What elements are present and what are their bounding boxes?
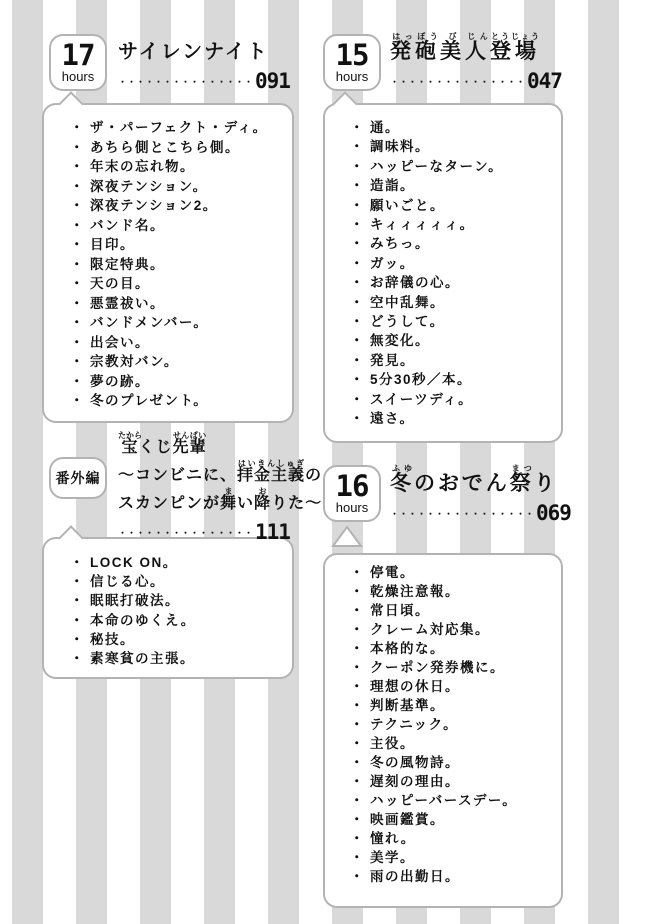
- bullet-dot: ・: [350, 178, 365, 193]
- toc-item: ・バンドメンバー。: [70, 313, 282, 333]
- toc-item-text: 冬のプレゼント。: [90, 393, 208, 408]
- bullet-dot: ・: [350, 565, 365, 580]
- toc-item-text: 発見。: [370, 353, 415, 368]
- toc-item-text: 眠眠打破法。: [90, 593, 180, 608]
- toc-item: ・ハッピーバースデー。: [350, 791, 553, 810]
- bullet-dot: ・: [350, 392, 365, 407]
- section-title-line3: スカンピンが舞まい降おりた～: [118, 487, 300, 515]
- toc-item-text: 主役。: [370, 736, 415, 751]
- toc-item: ・ザ・パーフェクト・ディ。: [70, 118, 282, 138]
- toc-item-text: 限定特典。: [90, 257, 165, 272]
- toc-item: ・主役。: [350, 734, 553, 753]
- toc-item: ・夢の跡。: [70, 372, 282, 392]
- toc-item-text: LOCK ON。: [90, 555, 178, 570]
- toc-item: ・みちっ。: [350, 234, 553, 253]
- bullet-dot: ・: [70, 651, 85, 666]
- bullet-dot: ・: [70, 237, 85, 252]
- toc-item: ・空中乱舞。: [350, 293, 553, 312]
- toc-item-text: 深夜テンション。: [90, 179, 208, 194]
- page-number: 047: [527, 69, 562, 93]
- badge-number: 16: [325, 471, 379, 501]
- bullet-dot: ・: [350, 236, 365, 251]
- toc-item: ・映画鑑賞。: [350, 810, 553, 829]
- toc-item-text: 素寒貧の主張。: [90, 651, 195, 666]
- toc-item-text: ガッ。: [370, 256, 415, 271]
- toc-item-text: 信じる心。: [90, 574, 165, 589]
- toc-item-text: 調味料。: [370, 139, 430, 154]
- chapter-panel-15: ・通。・調味料。・ハッピーなターン。・造詣。・願いごと。・キィィィィィ。・みちっ…: [323, 103, 563, 443]
- toc-item-text: ハッピーバースデー。: [370, 793, 517, 808]
- toc-item-text: どうして。: [370, 314, 445, 329]
- bullet-dot: ・: [70, 555, 85, 570]
- section-title-line2: ～コンビニに、拝金主義はいきんしゅぎの: [118, 459, 300, 487]
- bullet-dot: ・: [350, 411, 365, 426]
- bullet-dot: ・: [350, 793, 365, 808]
- section-header-15: 発砲はっぽう美び人じん登場とうじょう ・・・・・・・・・・・・・・・ 047: [390, 32, 563, 93]
- toc-item-text: 遅刻の理由。: [370, 774, 460, 789]
- toc-item-text: 無変化。: [370, 333, 430, 348]
- bullet-dot: ・: [350, 217, 365, 232]
- badge-unit: hours: [325, 70, 379, 83]
- toc-item-text: キィィィィィ。: [370, 217, 475, 232]
- bullet-dot: ・: [70, 198, 85, 213]
- toc-item-text: 乾燥注意報。: [370, 584, 460, 599]
- section-header-17: サイレンナイト ・・・・・・・・・・・・・・・ 091: [118, 40, 300, 93]
- toc-item: ・発見。: [350, 351, 553, 370]
- toc-item: ・出会い。: [70, 333, 282, 353]
- toc-item: ・判断基準。: [350, 696, 553, 715]
- section-title-line1: 宝たからくじ先輩せんぱい: [118, 431, 300, 459]
- toc-item: ・憧れ。: [350, 829, 553, 848]
- bullet-dot: ・: [70, 296, 85, 311]
- toc-item: ・雨の出勤日。: [350, 867, 553, 886]
- toc-item: ・クレーム対応集。: [350, 620, 553, 639]
- toc-item-text: クレーム対応集。: [370, 622, 490, 637]
- bullet-dot: ・: [350, 812, 365, 827]
- triangle-pointer-icon: [330, 524, 364, 548]
- section-header-bangai: 宝たからくじ先輩せんぱい ～コンビニに、拝金主義はいきんしゅぎの スカンピンが舞…: [118, 431, 300, 544]
- dots-leader-row: ・・・・・・・・・・・・・・・・ 069: [390, 501, 563, 525]
- bullet-dot: ・: [70, 374, 85, 389]
- bullet-dot: ・: [350, 736, 365, 751]
- bullet-dot: ・: [350, 314, 365, 329]
- bullet-dot: ・: [350, 139, 365, 154]
- toc-list-16: ・停電。・乾燥注意報。・常日頃。・クレーム対応集。・本格的な。・クーポン発券機に…: [350, 563, 553, 886]
- bullet-dot: ・: [70, 179, 85, 194]
- toc-item: ・通。: [350, 118, 553, 137]
- bullet-dot: ・: [70, 315, 85, 330]
- toc-page: 17 hours サイレンナイト ・・・・・・・・・・・・・・・ 091 ・ザ・…: [0, 0, 650, 924]
- badge-unit: hours: [325, 501, 379, 514]
- toc-item: ・停電。: [350, 563, 553, 582]
- toc-item: ・眠眠打破法。: [70, 591, 282, 610]
- section-title: サイレンナイト: [118, 40, 300, 64]
- toc-item: ・バンド名。: [70, 216, 282, 236]
- chapter-badge-bangai: 番外編: [49, 457, 107, 499]
- toc-item: ・秘技。: [70, 630, 282, 649]
- bullet-dot: ・: [350, 159, 365, 174]
- dots-leader-row: ・・・・・・・・・・・・・・・ 047: [390, 69, 563, 93]
- bullet-dot: ・: [350, 660, 365, 675]
- page-number: 069: [536, 501, 571, 525]
- toc-item-text: 本命のゆくえ。: [90, 613, 196, 628]
- dots-leader: ・・・・・・・・・・・・・・・・: [390, 507, 534, 520]
- toc-item-text: 出会い。: [90, 335, 150, 350]
- bullet-dot: ・: [70, 613, 85, 628]
- toc-item-text: 遠さ。: [370, 411, 414, 426]
- dots-leader: ・・・・・・・・・・・・・・・: [390, 75, 525, 88]
- bullet-dot: ・: [350, 295, 365, 310]
- toc-item: ・キィィィィィ。: [350, 215, 553, 234]
- toc-list-15: ・通。・調味料。・ハッピーなターン。・造詣。・願いごと。・キィィィィィ。・みちっ…: [350, 118, 553, 429]
- toc-item-text: テクニック。: [370, 717, 458, 732]
- bullet-dot: ・: [350, 831, 365, 846]
- toc-list-17: ・ザ・パーフェクト・ディ。・あちら側とこちら側。・年末の忘れ物。・深夜テンション…: [70, 118, 282, 411]
- bullet-dot: ・: [70, 574, 85, 589]
- toc-item-text: 憧れ。: [370, 831, 416, 846]
- section-title: 発砲はっぽう美び人じん登場とうじょう: [390, 32, 563, 64]
- toc-item: ・目印。: [70, 235, 282, 255]
- toc-item-text: 映画鑑賞。: [370, 812, 445, 827]
- bullet-dot: ・: [350, 850, 365, 865]
- dots-leader: ・・・・・・・・・・・・・・・: [118, 526, 253, 539]
- toc-item-text: お辞儀の心。: [370, 275, 460, 290]
- bullet-dot: ・: [70, 632, 85, 647]
- toc-item-text: バンド名。: [90, 218, 165, 233]
- toc-item: ・テクニック。: [350, 715, 553, 734]
- toc-item: ・あちら側とこちら側。: [70, 138, 282, 158]
- toc-item: ・本格的な。: [350, 639, 553, 658]
- toc-item: ・遠さ。: [350, 409, 553, 428]
- toc-item-text: 宗教対バン。: [90, 354, 179, 369]
- bullet-dot: ・: [350, 717, 365, 732]
- toc-item-text: スイーツディ。: [370, 392, 473, 407]
- toc-item-text: 常日頃。: [370, 603, 430, 618]
- toc-item-text: 秘技。: [90, 632, 135, 647]
- toc-item-text: 冬の風物詩。: [370, 755, 460, 770]
- bullet-dot: ・: [350, 256, 365, 271]
- toc-item-text: 願いごと。: [370, 198, 445, 213]
- toc-item-text: 天の目。: [90, 276, 150, 291]
- toc-item: ・深夜テンション2。: [70, 196, 282, 216]
- toc-item: ・冬のプレゼント。: [70, 391, 282, 411]
- chapter-badge-16hours: 16 hours: [323, 465, 381, 522]
- toc-item-text: ハッピーなターン。: [370, 159, 503, 174]
- toc-item-text: 停電。: [370, 565, 415, 580]
- dots-leader-row: ・・・・・・・・・・・・・・・ 091: [118, 69, 300, 93]
- bullet-dot: ・: [350, 353, 365, 368]
- toc-item-text: 5分30秒／本。: [370, 372, 472, 387]
- toc-item: ・信じる心。: [70, 572, 282, 591]
- bullet-dot: ・: [350, 120, 365, 135]
- toc-item-text: クーポン発券機に。: [370, 660, 505, 675]
- toc-item: ・調味料。: [350, 137, 553, 156]
- chapter-badge-17hours: 17 hours: [49, 34, 107, 91]
- toc-item: ・どうして。: [350, 312, 553, 331]
- toc-item: ・悪霊祓い。: [70, 294, 282, 314]
- page-number: 111: [255, 520, 290, 544]
- toc-item-text: ザ・パーフェクト・ディ。: [90, 120, 268, 135]
- toc-item: ・遅刻の理由。: [350, 772, 553, 791]
- toc-item: ・願いごと。: [350, 196, 553, 215]
- bullet-dot: ・: [70, 354, 85, 369]
- bullet-dot: ・: [350, 584, 365, 599]
- badge-number: 15: [325, 40, 379, 70]
- toc-item: ・天の目。: [70, 274, 282, 294]
- bullet-dot: ・: [70, 593, 85, 608]
- toc-item-text: みちっ。: [370, 236, 430, 251]
- toc-item-text: 造詣。: [370, 178, 415, 193]
- bullet-dot: ・: [70, 218, 85, 233]
- badge-number: 17: [51, 40, 105, 70]
- toc-item-text: 理想の休日。: [370, 679, 460, 694]
- bullet-dot: ・: [70, 140, 85, 155]
- bullet-dot: ・: [350, 372, 365, 387]
- bullet-dot: ・: [350, 755, 365, 770]
- bullet-dot: ・: [350, 774, 365, 789]
- bullet-dot: ・: [70, 257, 85, 272]
- bullet-dot: ・: [350, 679, 365, 694]
- toc-item: ・冬の風物詩。: [350, 753, 553, 772]
- dots-leader: ・・・・・・・・・・・・・・・: [118, 75, 253, 88]
- toc-item: ・年末の忘れ物。: [70, 157, 282, 177]
- toc-item: ・LOCK ON。: [70, 553, 282, 572]
- toc-item: ・ガッ。: [350, 254, 553, 273]
- toc-item-text: バンドメンバー。: [90, 315, 208, 330]
- bullet-dot: ・: [350, 198, 365, 213]
- bullet-dot: ・: [70, 335, 85, 350]
- bullet-dot: ・: [70, 276, 85, 291]
- toc-item: ・美学。: [350, 848, 553, 867]
- bullet-dot: ・: [350, 622, 365, 637]
- bullet-dot: ・: [350, 603, 365, 618]
- chapter-panel-bangai: ・LOCK ON。・信じる心。・眠眠打破法。・本命のゆくえ。・秘技。・素寒貧の主…: [42, 537, 294, 679]
- toc-item-text: 雨の出勤日。: [370, 869, 460, 884]
- section-header-16: 冬ふゆのおでん祭まつり ・・・・・・・・・・・・・・・・ 069: [390, 464, 563, 525]
- toc-item: ・限定特典。: [70, 255, 282, 275]
- section-title: 冬ふゆのおでん祭まつり: [390, 464, 563, 496]
- toc-list-bangai: ・LOCK ON。・信じる心。・眠眠打破法。・本命のゆくえ。・秘技。・素寒貧の主…: [70, 553, 282, 668]
- toc-item: ・お辞儀の心。: [350, 273, 553, 292]
- toc-item: ・常日頃。: [350, 601, 553, 620]
- bullet-dot: ・: [70, 120, 85, 135]
- toc-item-text: 深夜テンション2。: [90, 198, 218, 213]
- bullet-dot: ・: [350, 333, 365, 348]
- badge-unit: hours: [51, 70, 105, 83]
- toc-item-text: 判断基準。: [370, 698, 445, 713]
- toc-item-text: 本格的な。: [370, 641, 445, 656]
- bullet-dot: ・: [350, 869, 365, 884]
- toc-item-text: 空中乱舞。: [370, 295, 445, 310]
- toc-item: ・深夜テンション。: [70, 177, 282, 197]
- page-number: 091: [255, 69, 290, 93]
- dots-leader-row: ・・・・・・・・・・・・・・・ 111: [118, 520, 300, 544]
- toc-item: ・造詣。: [350, 176, 553, 195]
- toc-item: ・スイーツディ。: [350, 390, 553, 409]
- bullet-dot: ・: [350, 698, 365, 713]
- toc-item: ・乾燥注意報。: [350, 582, 553, 601]
- toc-item: ・ハッピーなターン。: [350, 157, 553, 176]
- chapter-badge-15hours: 15 hours: [323, 34, 381, 91]
- toc-item: ・宗教対バン。: [70, 352, 282, 372]
- toc-item-text: あちら側とこちら側。: [90, 140, 240, 155]
- toc-item-text: 年末の忘れ物。: [90, 159, 195, 174]
- chapter-panel-16: ・停電。・乾燥注意報。・常日頃。・クレーム対応集。・本格的な。・クーポン発券機に…: [323, 553, 563, 908]
- toc-item: ・理想の休日。: [350, 677, 553, 696]
- toc-item: ・5分30秒／本。: [350, 370, 553, 389]
- bullet-dot: ・: [350, 641, 365, 656]
- bullet-dot: ・: [350, 275, 365, 290]
- bullet-dot: ・: [70, 159, 85, 174]
- toc-item-text: 通。: [370, 120, 400, 135]
- toc-item-text: 悪霊祓い。: [90, 296, 165, 311]
- chapter-panel-17: ・ザ・パーフェクト・ディ。・あちら側とこちら側。・年末の忘れ物。・深夜テンション…: [42, 103, 294, 423]
- toc-item-text: 美学。: [370, 850, 415, 865]
- toc-item: ・素寒貧の主張。: [70, 649, 282, 668]
- toc-item: ・本命のゆくえ。: [70, 611, 282, 630]
- toc-item: ・クーポン発券機に。: [350, 658, 553, 677]
- toc-item-text: 目印。: [90, 237, 135, 252]
- badge-label: 番外編: [51, 459, 105, 497]
- bullet-dot: ・: [70, 393, 85, 408]
- toc-item: ・無変化。: [350, 331, 553, 350]
- toc-item-text: 夢の跡。: [90, 374, 150, 389]
